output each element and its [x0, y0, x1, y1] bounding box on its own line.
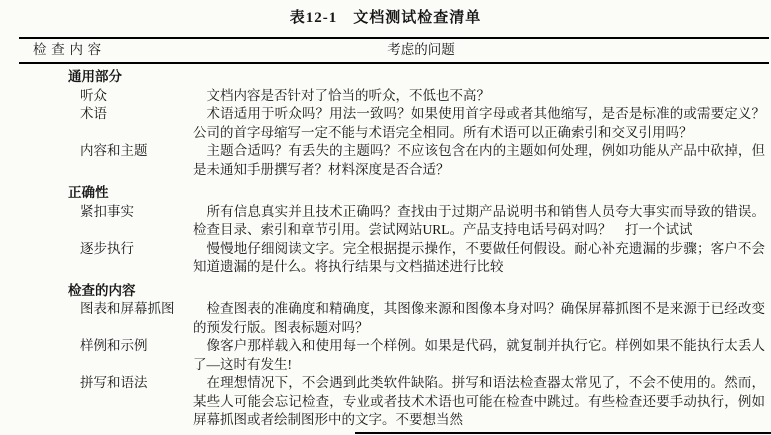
section-title-correctness: 正确性 [19, 184, 769, 203]
row-label-step-by-step: 逐步执行 [19, 240, 193, 277]
row-label-terminology: 术语 [19, 105, 193, 142]
column-header-questions: 考虑的问题 [193, 41, 769, 60]
page-title: 表12-1 文档测试检查清单 [0, 0, 771, 37]
row-label-content-topics: 内容和主题 [19, 142, 193, 179]
row-text-audience: 文档内容是否针对了恰当的听众，不低也不高？ [193, 87, 769, 106]
row-text-stick-to-facts: 所有信息真实并且技术正确吗？查找由于过期产品说明书和销售人员夸大事实而导致的错误… [193, 203, 769, 240]
row-label-spelling-grammar: 拼写和语法 [19, 374, 193, 430]
row-label-audience: 听众 [19, 87, 193, 106]
section-title-content-to-check: 检查的内容 [19, 282, 769, 301]
row-text-figures-screenshots: 检查图表的准确度和精确度，其图像来源和图像本身对吗？确保屏幕抓图不是来源于已经改… [193, 300, 769, 337]
table-row: 样例和示例 像客户那样载入和使用每一个样例。如果是代码，就复制并执行它。样例如果… [19, 337, 769, 374]
table-row: 图表和屏幕抓图 检查图表的准确度和精确度，其图像来源和图像本身对吗？确保屏幕抓图… [19, 300, 769, 337]
section-title-general: 通用部分 [19, 68, 769, 87]
column-header-inspection-content: 检查内容 [19, 41, 193, 60]
checklist-table: 检查内容 考虑的问题 通用部分 听众 文档内容是否针对了恰当的听众，不低也不高？… [19, 37, 769, 430]
row-label-stick-to-facts: 紧扣事实 [19, 203, 193, 240]
table-row: 拼写和语法 在理想情况下，不会遇到此类软件缺陷。拼写和语法检查器太常见了，不会不… [19, 374, 769, 430]
table-row: 内容和主题 主题合适吗？有丢失的主题吗？不应该包含在内的主题如何处理，例如功能从… [19, 142, 769, 179]
table-row: 术语 术语适用于听众吗？用法一致吗？如果使用首字母或者其他缩写，是否是标准的或需… [19, 105, 769, 142]
table-row: 逐步执行 慢慢地仔细阅读文字。完全根据提示操作，不要做任何假设。耐心补充遗漏的步… [19, 240, 769, 277]
table-bottom-rule [355, 432, 771, 435]
table-row: 听众 文档内容是否针对了恰当的听众，不低也不高？ [19, 87, 769, 106]
row-text-step-by-step: 慢慢地仔细阅读文字。完全根据提示操作，不要做任何假设。耐心补充遗漏的步骤；客户不… [193, 240, 769, 277]
row-label-figures-screenshots: 图表和屏幕抓图 [19, 300, 193, 337]
row-text-samples-examples: 像客户那样载入和使用每一个样例。如果是代码，就复制并执行它。样例如果不能执行太丢… [193, 337, 769, 374]
table-header-row: 检查内容 考虑的问题 [19, 39, 769, 64]
row-text-content-topics: 主题合适吗？有丢失的主题吗？不应该包含在内的主题如何处理，例如功能从产品中砍掉，… [193, 142, 769, 179]
row-text-terminology: 术语适用于听众吗？用法一致吗？如果使用首字母或者其他缩写，是否是标准的或需要定义… [193, 105, 769, 142]
table-row: 紧扣事实 所有信息真实并且技术正确吗？查找由于过期产品说明书和销售人员夸大事实而… [19, 203, 769, 240]
row-text-spelling-grammar: 在理想情况下，不会遇到此类软件缺陷。拼写和语法检查器太常见了，不会不使用的。然而… [193, 374, 769, 430]
row-label-samples-examples: 样例和示例 [19, 337, 193, 374]
